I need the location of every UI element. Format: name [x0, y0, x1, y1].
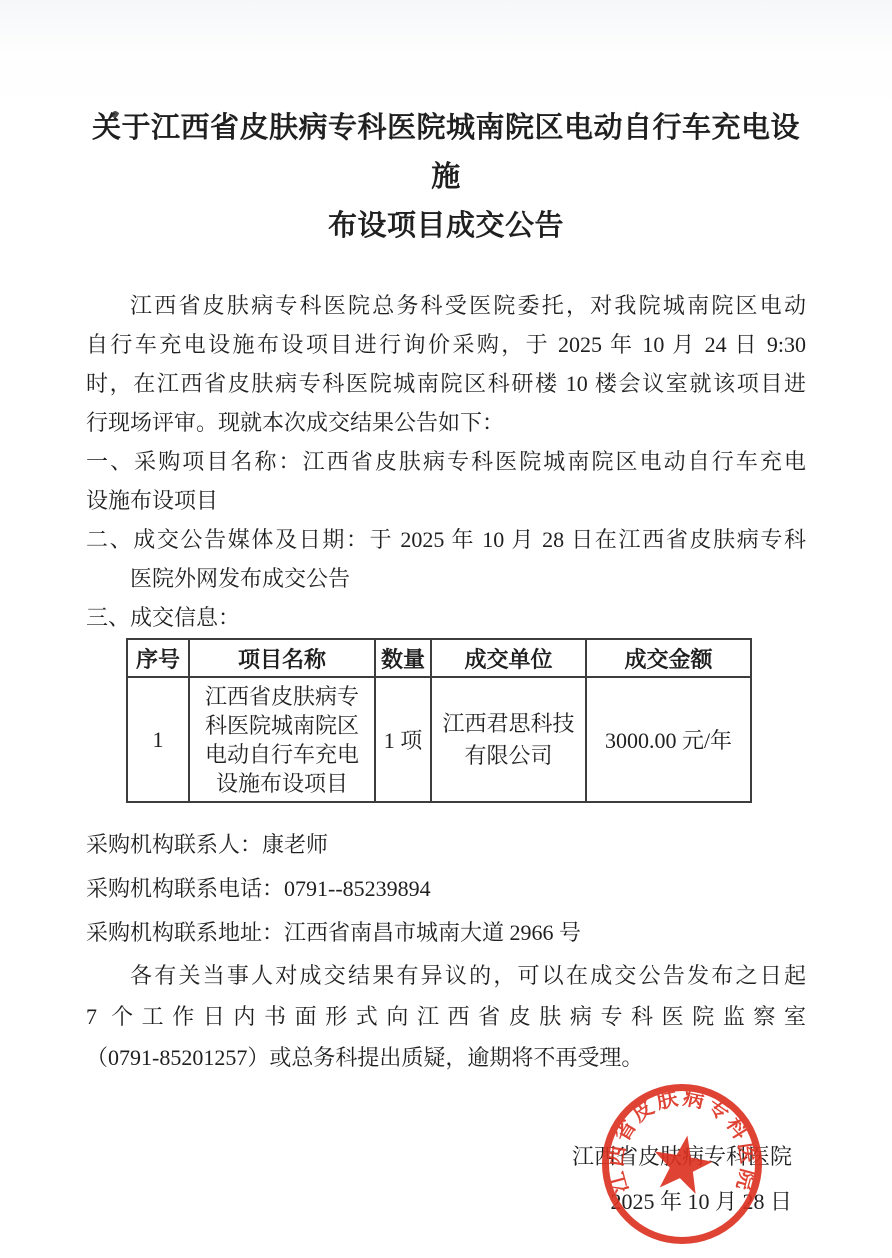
- contact-address: 采购机构联系地址：江西省南昌市城南大道 2966 号: [86, 911, 806, 955]
- intro-paragraph: 江西省皮肤病专科医院总务科受医院委托，对我院城南院区电动 自行车充电设施布设项目…: [86, 286, 806, 442]
- objection-line: （0791-85201257）或总务科提出质疑，逾期将不再受理。: [86, 1037, 806, 1078]
- cell-project-line: 电动自行车充电: [190, 740, 374, 769]
- signature-org: 江西省皮肤病专科医院: [86, 1134, 792, 1179]
- cell-project: 江西省皮肤病专 科医院城南院区 电动自行车充电 设施布设项目: [189, 677, 375, 802]
- cell-supplier: 江西君思科技 有限公司: [431, 677, 586, 802]
- item2-line-1: 二、成交公告媒体及日期：于 2025 年 10 月 28 日在江西省皮肤病专科: [86, 520, 806, 559]
- item2-line-2: 医院外网发布成交公告: [86, 559, 806, 598]
- signature-date: 2025 年 10 月 28 日: [86, 1179, 792, 1224]
- header-seq: 序号: [127, 639, 189, 677]
- cell-supplier-line: 有限公司: [432, 740, 585, 772]
- cell-amount: 3000.00 元/年: [586, 677, 751, 802]
- cell-seq: 1: [127, 677, 189, 802]
- title-line-1: 关于江西省皮肤病专科医院城南院区电动自行车充电设施: [86, 104, 806, 202]
- item-project-name: 一、采购项目名称：江西省皮肤病专科医院城南院区电动自行车充电 设施布设项目: [86, 442, 806, 520]
- objection-line: 各有关当事人对成交结果有异议的，可以在成交公告发布之日起: [86, 955, 806, 996]
- item1-line-2: 设施布设项目: [86, 481, 806, 520]
- cell-qty: 1 项: [375, 677, 431, 802]
- intro-line: 江西省皮肤病专科医院总务科受医院委托，对我院城南院区电动: [86, 286, 806, 325]
- cell-project-line: 江西省皮肤病专: [190, 682, 374, 711]
- document-title: 关于江西省皮肤病专科医院城南院区电动自行车充电设施 布设项目成交公告: [86, 0, 806, 251]
- item3-line-1: 三、成交信息：: [86, 598, 806, 637]
- contact-phone: 采购机构联系电话：0791--85239894: [86, 867, 806, 911]
- objection-line: 7 个工作日内书面形式向江西省皮肤病专科医院监察室: [86, 996, 806, 1037]
- signature-block: 江西省皮肤病专科医院 2025 年 10 月 28 日 江西省皮肤病专科医院: [86, 1134, 806, 1224]
- contact-person: 采购机构联系人：康老师: [86, 823, 806, 867]
- award-table: 序号 项目名称 数量 成交单位 成交金额 1 江西省皮肤病专 科医院城南院区 电…: [126, 638, 752, 803]
- item1-line-1: 一、采购项目名称：江西省皮肤病专科医院城南院区电动自行车充电: [86, 442, 806, 481]
- header-amount: 成交金额: [586, 639, 751, 677]
- objection-paragraph: 各有关当事人对成交结果有异议的，可以在成交公告发布之日起 7 个工作日内书面形式…: [86, 955, 806, 1078]
- cell-project-line: 科医院城南院区: [190, 711, 374, 740]
- cell-supplier-line: 江西君思科技: [432, 708, 585, 740]
- contact-block: 采购机构联系人：康老师 采购机构联系电话：0791--85239894 采购机构…: [86, 823, 806, 955]
- item-award-info: 三、成交信息：: [86, 598, 806, 637]
- item-announcement-media: 二、成交公告媒体及日期：于 2025 年 10 月 28 日在江西省皮肤病专科 …: [86, 520, 806, 598]
- award-table-header-row: 序号 项目名称 数量 成交单位 成交金额: [127, 639, 751, 677]
- header-qty: 数量: [375, 639, 431, 677]
- header-supplier: 成交单位: [431, 639, 586, 677]
- intro-line: 行现场评审。现就本次成交结果公告如下：: [86, 403, 806, 442]
- intro-line: 自行车充电设施布设项目进行询价采购，于 2025 年 10 月 24 日 9:3…: [86, 325, 806, 364]
- scanned-document-page: 关于江西省皮肤病专科医院城南院区电动自行车充电设施 布设项目成交公告 江西省皮肤…: [0, 0, 892, 1258]
- header-project: 项目名称: [189, 639, 375, 677]
- cell-project-line: 设施布设项目: [190, 769, 374, 798]
- title-line-2: 布设项目成交公告: [86, 202, 806, 251]
- award-table-row: 1 江西省皮肤病专 科医院城南院区 电动自行车充电 设施布设项目 1 项 江西君…: [127, 677, 751, 802]
- intro-line: 时，在江西省皮肤病专科医院城南院区科研楼 10 楼会议室就该项目进: [86, 364, 806, 403]
